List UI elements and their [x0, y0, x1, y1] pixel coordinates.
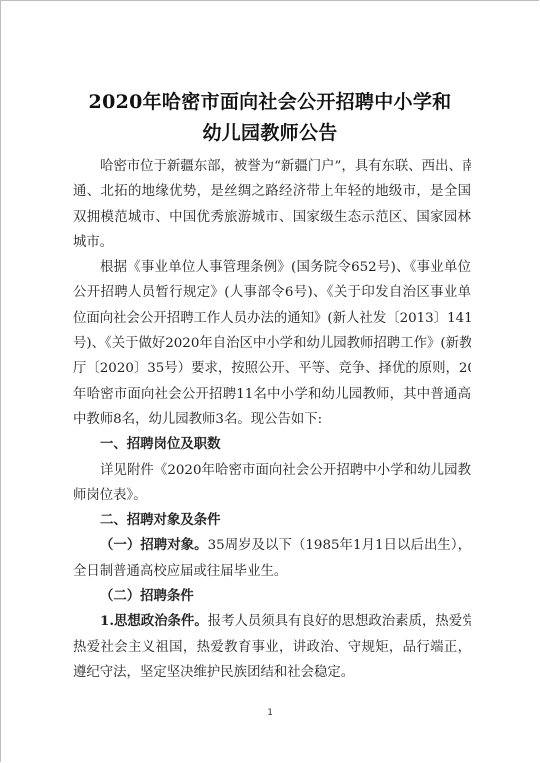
section-candidates: 二、招聘对象及条件 （一）招聘对象。35周岁及以下（1985年1月1日以后出生）… — [73, 508, 471, 685]
text-line: 双拥模范城市、中国优秀旅游城市、国家级生态示范区、国家园林 — [73, 205, 471, 230]
text-line: 年哈密市面向社会公开招聘11名中小学和幼儿园教师，其中普通高 — [73, 382, 471, 407]
text-line: 位面向社会公开招聘工作人员办法的通知》(新人社发〔2013〕141 — [73, 306, 471, 331]
text-line: 根据《事业单位人事管理条例》(国务院令652号)、《事业单位 — [73, 255, 471, 280]
text-line: 热爱社会主义祖国，热爱教育事业，讲政治、守规矩，品行端正， — [73, 635, 471, 660]
item-label: 1.思想政治条件。 — [100, 613, 208, 629]
document-title: 2020年哈密市面向社会公开招聘中小学和 幼儿园教师公告 — [1, 87, 539, 149]
text-line: 城市。 — [73, 230, 471, 255]
text-run: 报考人员须具有良好的思想政治素质，热爱党， — [208, 614, 471, 629]
text-line: 遵纪守法，坚定坚决维护民族团结和社会稳定。 — [73, 660, 471, 685]
section-heading: 一、招聘岗位及职数 — [73, 432, 471, 457]
text-line: 哈密市位于新疆东部，被誉为“新疆门户”，具有东联、西出、南 — [73, 154, 471, 179]
text-line: 师岗位表》。 — [73, 483, 471, 508]
text-line: 公开招聘人员暂行规定》(人事部令6号)、《关于印发自治区事业单 — [73, 280, 471, 305]
text-line: 通、北拓的地缘优势，是丝绸之路经济带上年轻的地级市，是全国 — [73, 179, 471, 204]
text-line: 中教师8名，幼儿园教师3名。现公告如下: — [73, 407, 471, 432]
paragraph-basis: 根据《事业单位人事管理条例》(国务院令652号)、《事业单位 公开招聘人员暂行规… — [73, 255, 471, 432]
page-number: 1 — [1, 708, 539, 718]
title-line-1: 2020年哈密市面向社会公开招聘中小学和 — [1, 87, 539, 118]
subsection-target: （一）招聘对象。35周岁及以下（1985年1月1日以后出生）， — [73, 533, 471, 558]
text-line: 详见附件《2020年哈密市面向社会公开招聘中小学和幼儿园教 — [73, 458, 471, 483]
section-heading: 二、招聘对象及条件 — [73, 508, 471, 533]
subsection-heading: （二）招聘条件 — [73, 584, 471, 609]
section-positions: 一、招聘岗位及职数 详见附件《2020年哈密市面向社会公开招聘中小学和幼儿园教 … — [73, 432, 471, 508]
document-page: 2020年哈密市面向社会公开招聘中小学和 幼儿园教师公告 哈密市位于新疆东部，被… — [0, 0, 539, 762]
document-body: 哈密市位于新疆东部，被誉为“新疆门户”，具有东联、西出、南 通、北拓的地缘优势，… — [73, 154, 471, 685]
text-line: 全日制普通高校应届或往届毕业生。 — [73, 559, 471, 584]
text-line: 号)、《关于做好2020年自治区中小学和幼儿园教师招聘工作》(新教 — [73, 331, 471, 356]
subsection-label: （一）招聘对象。 — [100, 537, 208, 553]
item-political: 1.思想政治条件。报考人员须具有良好的思想政治素质，热爱党， — [73, 609, 471, 634]
text-line: 厅〔2020〕35号）要求，按照公开、平等、竞争、择优的原则，2020 — [73, 356, 471, 381]
paragraph-intro: 哈密市位于新疆东部，被誉为“新疆门户”，具有东联、西出、南 通、北拓的地缘优势，… — [73, 154, 471, 255]
title-line-2: 幼儿园教师公告 — [1, 118, 539, 149]
text-run: 35周岁及以下（1985年1月1日以后出生）， — [208, 538, 471, 553]
